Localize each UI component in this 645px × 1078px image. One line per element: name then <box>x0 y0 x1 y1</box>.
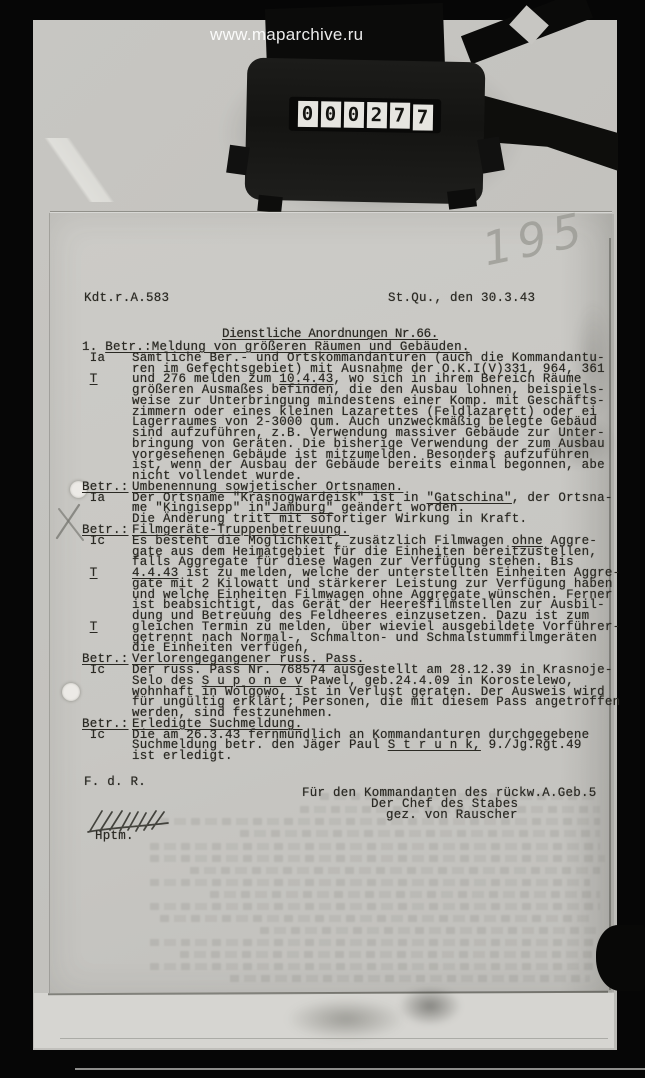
bleedthrough-line <box>190 867 600 874</box>
bleedthrough-line <box>150 855 605 862</box>
counter-digit: 7 <box>412 104 432 130</box>
bleedthrough-line <box>150 963 600 970</box>
counter-digit: 7 <box>389 102 409 128</box>
smudge <box>398 986 462 1026</box>
bleedthrough-line <box>160 818 600 825</box>
backing-fold <box>34 138 126 202</box>
scan-bottom-line <box>75 1068 645 1070</box>
doc-reference: Kdt.r.A.583 <box>84 291 169 305</box>
doc-dateline: St.Qu., den 30.3.43 <box>388 291 535 305</box>
bleedthrough-line <box>150 903 600 910</box>
doc-title: Dienstliche Anordnungen Nr.66. <box>222 327 438 341</box>
right-edge-blot <box>596 925 645 991</box>
paper-left-edge <box>49 213 50 993</box>
bleedthrough-line <box>260 927 600 934</box>
fdr-note: F. d. R. <box>84 775 146 789</box>
bleedthrough-line <box>180 951 600 958</box>
counter-screw-left <box>226 145 250 176</box>
bleedthrough-line <box>230 975 590 982</box>
signer-rank: Hptm. <box>95 829 134 843</box>
doc-line: ist erledigt. <box>82 751 622 762</box>
watermark: www.maparchive.ru <box>210 25 363 45</box>
bleedthrough-line <box>160 915 590 922</box>
bleedthrough-line <box>150 843 600 850</box>
bleedthrough-line <box>150 939 605 946</box>
photo-scan: 000277 www.maparchive.ru 195 Kdt.r.A.583… <box>0 0 645 1078</box>
counter-digit: 0 <box>343 102 363 128</box>
counter-digit: 0 <box>320 101 340 127</box>
counter-digit: 0 <box>297 101 317 127</box>
bleedthrough-line <box>240 830 600 837</box>
counter-digit: 2 <box>366 102 386 128</box>
bleedthrough-line <box>150 879 590 886</box>
smudge <box>286 998 406 1040</box>
punch-hole-bottom <box>62 683 80 701</box>
closing-signed-name: gez. von Rauscher <box>386 808 518 822</box>
backing-crease <box>60 1038 608 1039</box>
doc-body: 1. Betr.:Meldung von größeren Räumen und… <box>82 342 622 762</box>
counter-foot-right <box>447 188 477 209</box>
counter-digits: 000277 <box>289 97 442 134</box>
bleedthrough-line <box>210 891 600 898</box>
